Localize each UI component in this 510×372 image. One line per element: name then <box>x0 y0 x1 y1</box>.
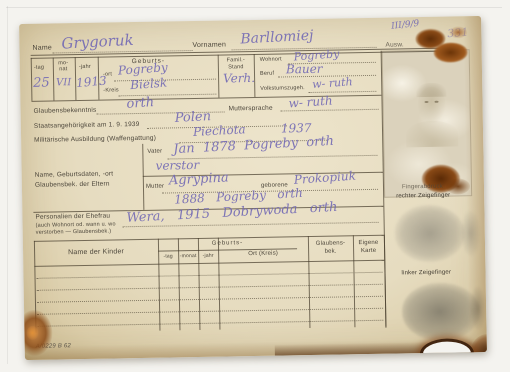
birth-day-label: -tag <box>34 65 44 71</box>
maiden-name-value: Prokopiuk <box>293 169 356 187</box>
children-month-header: -monat <box>178 253 198 259</box>
children-religion-header-line1: Glaubens- <box>308 240 353 247</box>
name-value-handwriting: Grygoruk <box>61 31 134 53</box>
ethnicity-label: Volkstumszugeh. <box>260 85 305 92</box>
table-header-border <box>34 260 384 267</box>
family-status-value: Verh. <box>223 71 255 86</box>
table-line <box>178 238 181 330</box>
table-row-line <box>37 320 383 327</box>
birth-year-label: -jahr <box>79 64 91 70</box>
wife-value: Wera, 1915 Dobrywoda orth <box>126 200 338 226</box>
table-line <box>384 235 387 327</box>
birth-place-label: -ort <box>103 71 112 77</box>
children-card-header-line1: Eigene <box>353 240 384 247</box>
children-name-header: Name der Kinder <box>34 248 158 257</box>
father-note: verstor <box>155 158 199 173</box>
occupation-value: Bauer <box>286 62 323 77</box>
vornamen-value-handwriting: Barllomiej <box>240 28 314 48</box>
birth-district-value: Bielsk <box>130 76 168 93</box>
children-year-header: -jahr <box>198 253 218 259</box>
birth-month-label: mo-nat <box>55 60 72 73</box>
military-label: Militärische Ausbildung (Waffengattung) <box>34 135 156 144</box>
language-label: Muttersprache <box>229 105 273 113</box>
table-row-line <box>37 272 383 279</box>
children-place-header: Ort (Kreis) <box>218 250 308 258</box>
military-year-value: 1937 <box>281 121 312 136</box>
religion-value: orth <box>126 95 155 112</box>
wife-label-line1: Personalien der Ehefrau <box>35 212 110 220</box>
table-row-line <box>37 296 383 303</box>
table-line <box>198 238 201 330</box>
ethnicity-value: w- ruth <box>312 75 353 91</box>
children-birth-header: Geburts- <box>158 239 297 247</box>
parents-section-label-line1: Name, Geburtsdaten, -ort <box>35 170 114 178</box>
rust-stain <box>26 326 38 340</box>
fingerprint-right-label-line1: Fingerabdruck <box>402 184 443 191</box>
birth-month-value: VII <box>56 77 71 88</box>
photo-shoulders <box>406 120 458 147</box>
table-row-line <box>37 284 383 291</box>
table-line <box>158 239 161 331</box>
children-religion-header-line2: bek. <box>308 248 353 255</box>
registration-card: Name Grygoruk Vornamen Barllomiej Ausw. … <box>19 16 487 360</box>
wife-label-line3: verstorben — Glaubensbek.) <box>36 228 112 235</box>
birth-district-label: -Kreis <box>103 87 119 93</box>
fingerprint-left-label: linker Zeigefinger <box>401 270 451 277</box>
burn-hole-notch <box>423 341 471 360</box>
children-day-header: -tag <box>158 253 178 259</box>
fingerprint-right-index <box>394 204 465 262</box>
dotted-line <box>308 91 376 93</box>
photo-face <box>417 87 446 123</box>
scanner-edge-line <box>7 6 8 364</box>
name-label: Name <box>32 44 52 51</box>
vornamen-label: Vornamen <box>192 41 226 49</box>
ausweis-annotation-handwriting: III/9/9 <box>391 19 420 32</box>
birth-day-value: 25 <box>33 76 50 91</box>
father-label: Vater <box>147 149 162 155</box>
scanned-document: Name Grygoruk Vornamen Barllomiej Ausw. … <box>0 0 510 372</box>
mother-value: Agrypina <box>168 170 229 188</box>
citizenship-label: Staatsangehörigkeit am 1. 9. 1939 <box>34 121 140 130</box>
mother-label: Mutter <box>146 184 164 190</box>
table-row-line <box>37 308 383 315</box>
fingerprint-right-label-line2: rechter Zeigefinger <box>396 193 450 200</box>
parents-section-label-line2: Glaubensbek. der Eltern <box>35 181 110 189</box>
language-value: w- ruth <box>288 93 333 110</box>
children-card-header-line2: Karte <box>353 248 384 255</box>
family-status-label: Famil.- Stand <box>220 57 252 71</box>
religion-label: Glaubensbekenntnis <box>34 107 97 115</box>
scanner-edge-line <box>6 7 502 8</box>
occupation-label: Beruf <box>260 71 274 77</box>
residence-label: Wohnort <box>260 56 282 62</box>
military-value: Piechota <box>193 122 246 139</box>
